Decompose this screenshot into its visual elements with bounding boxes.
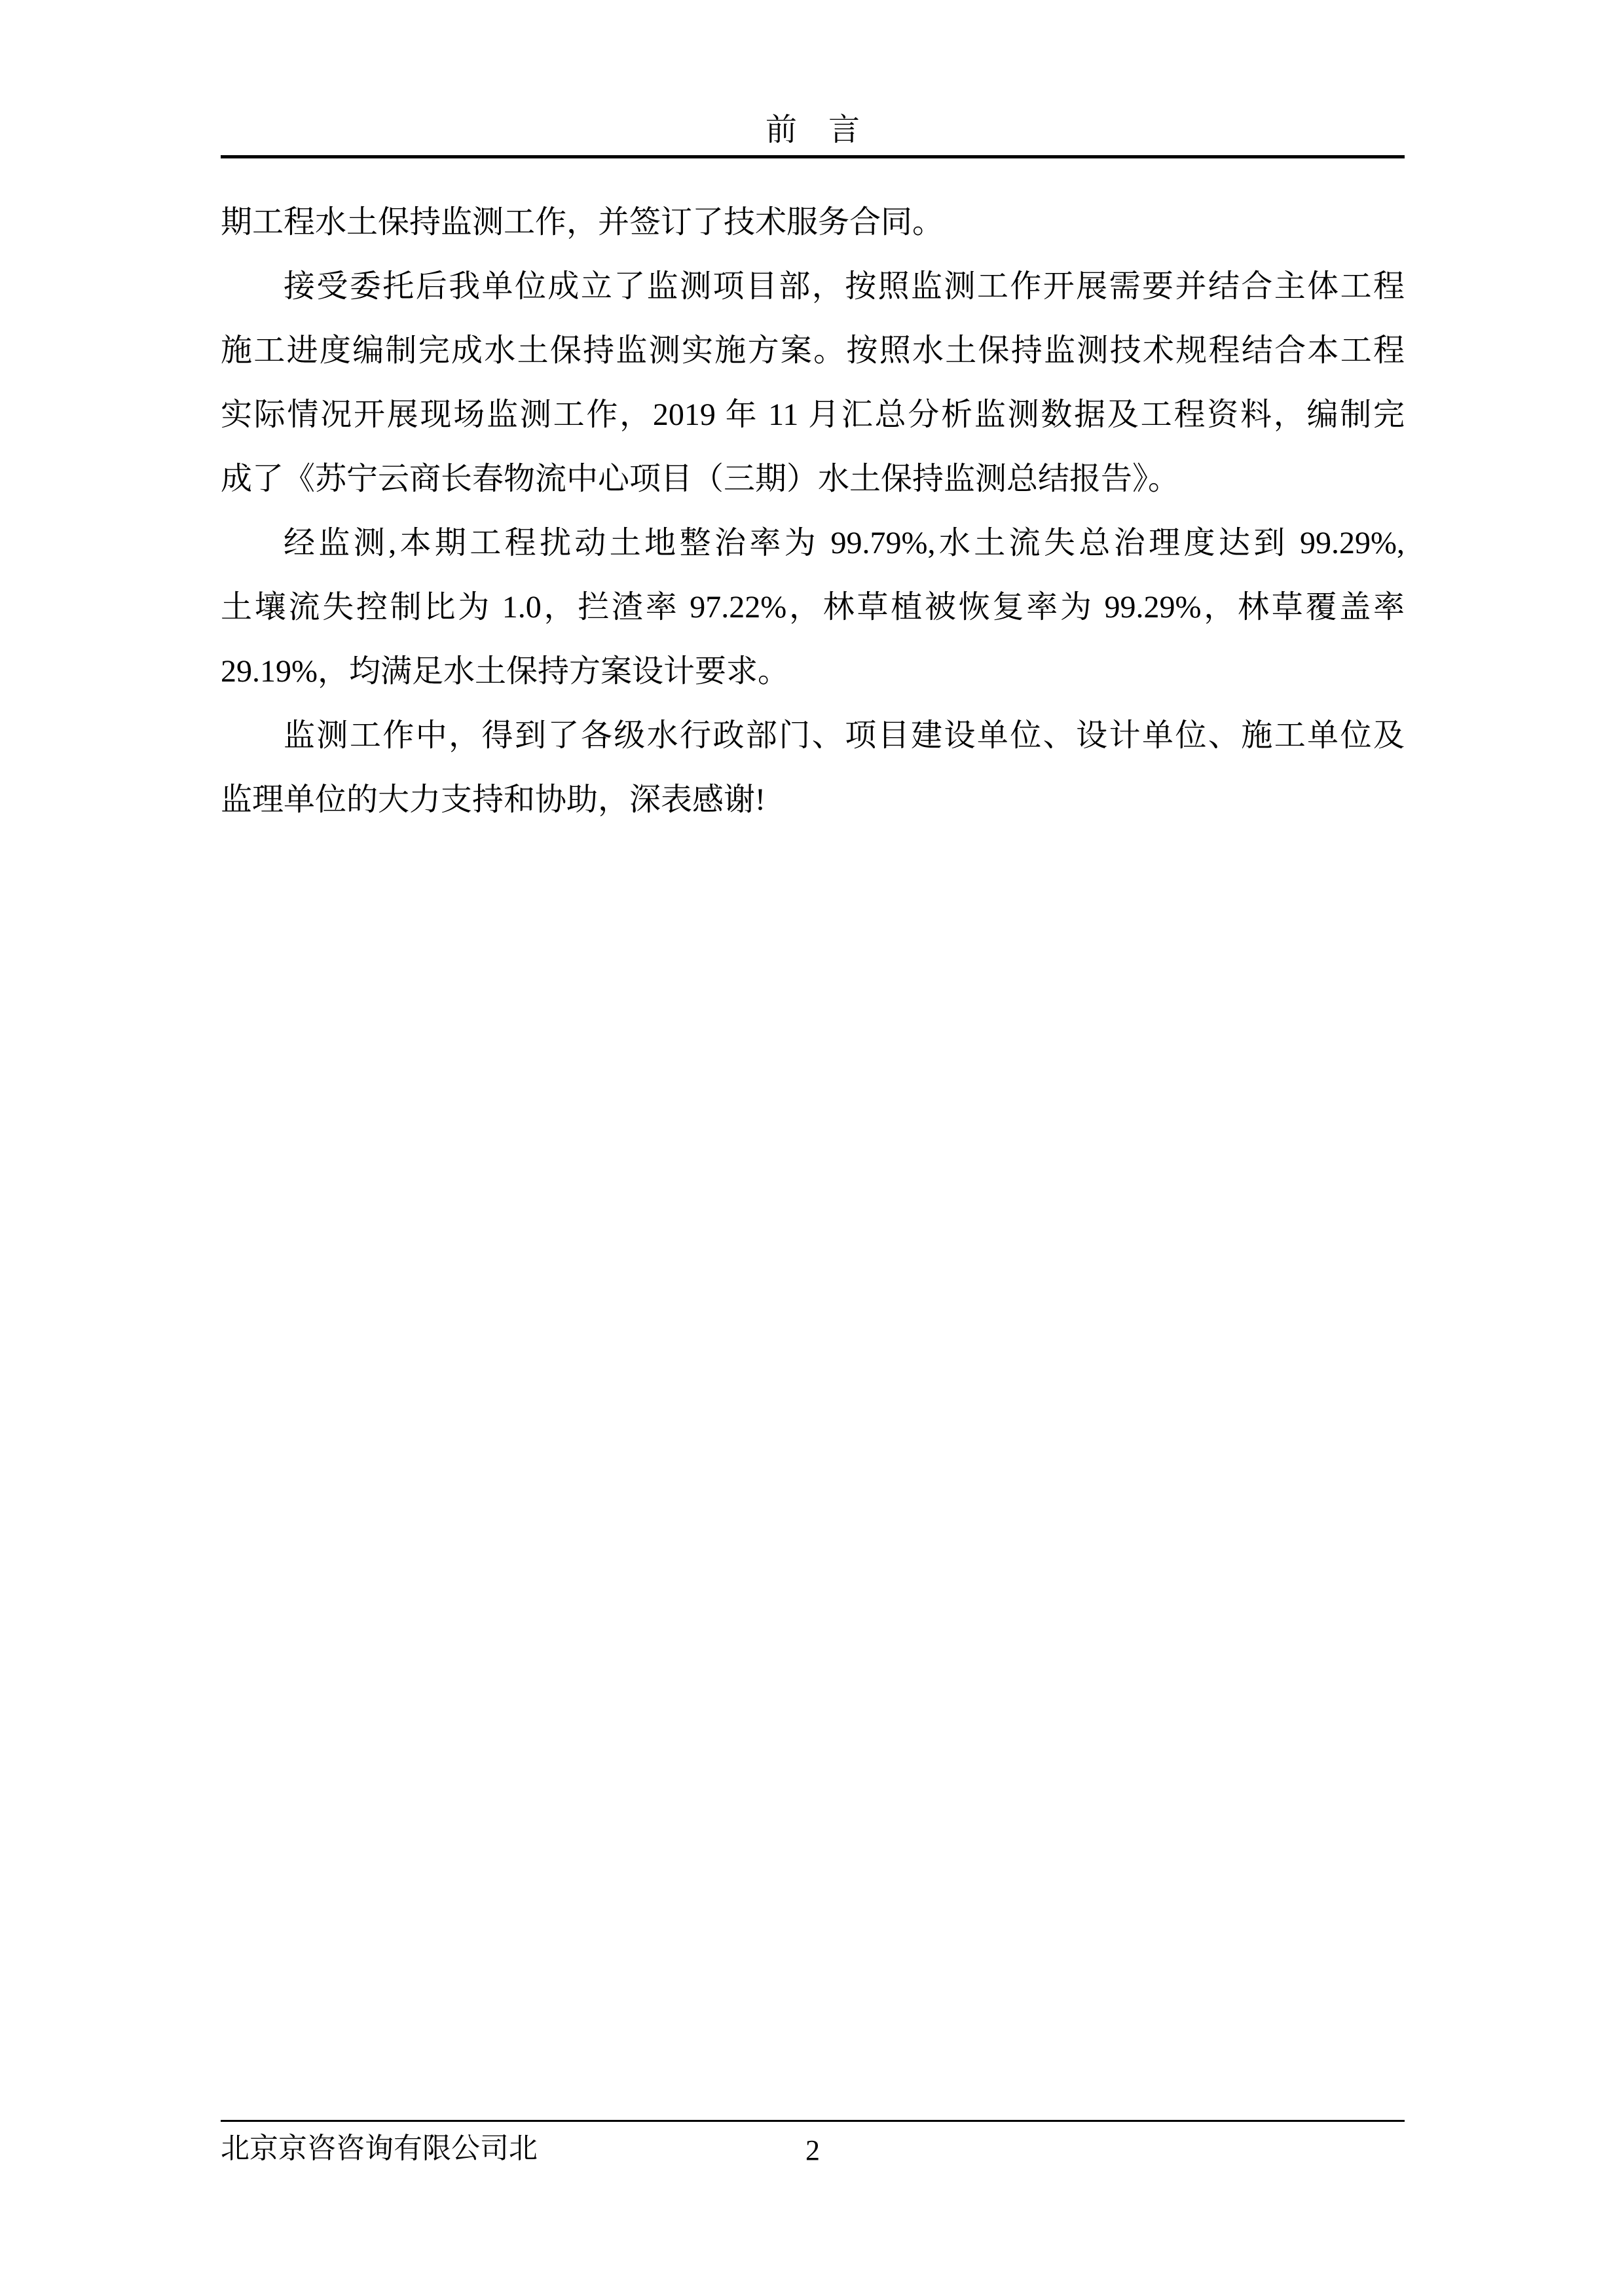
document-page: 前 言 期工程水土保持监测工作，并签订了技术服务合同。接受委托后我单位成立了监测… [0, 0, 1624, 2296]
footer-page-number: 2 [805, 2132, 820, 2169]
body-text-line: 施工进度编制完成水土保持监测实施方案。按照水土保持监测技术规程结合本工程 [221, 319, 1405, 383]
page-footer: 北京京咨咨询有限公司北 2 [221, 2120, 1405, 2167]
body-text-line: 经监测,本期工程扰动土地整治率为 99.79%,水土流失总治理度达到 99.29… [221, 511, 1405, 575]
body-text-line: 实际情况开展现场监测工作，2019 年 11 月汇总分析监测数据及工程资料，编制… [221, 383, 1405, 447]
body-text-line: 成了《苏宁云商长春物流中心项目（三期）水土保持监测总结报告》。 [221, 447, 1405, 511]
body-text-line: 29.19%，均满足水土保持方案设计要求。 [221, 640, 1405, 704]
body-text-line: 土壤流失控制比为 1.0，拦渣率 97.22%，林草植被恢复率为 99.29%，… [221, 575, 1405, 640]
page-title: 前 言 [766, 113, 860, 147]
footer-company-name: 北京京咨咨询有限公司北 [221, 2130, 538, 2167]
body-text-line: 监理单位的大力支持和协助，深表感谢! [221, 768, 1405, 832]
body-text-line: 接受委托后我单位成立了监测项目部，按照监测工作开展需要并结合主体工程 [221, 255, 1405, 319]
body-text: 期工程水土保持监测工作，并签订了技术服务合同。接受委托后我单位成立了监测项目部，… [221, 191, 1405, 832]
body-text-line: 监测工作中，得到了各级水行政部门、项目建设单位、设计单位、施工单位及 [221, 704, 1405, 768]
page-header: 前 言 [221, 111, 1405, 158]
body-text-line: 期工程水土保持监测工作，并签订了技术服务合同。 [221, 191, 1405, 255]
